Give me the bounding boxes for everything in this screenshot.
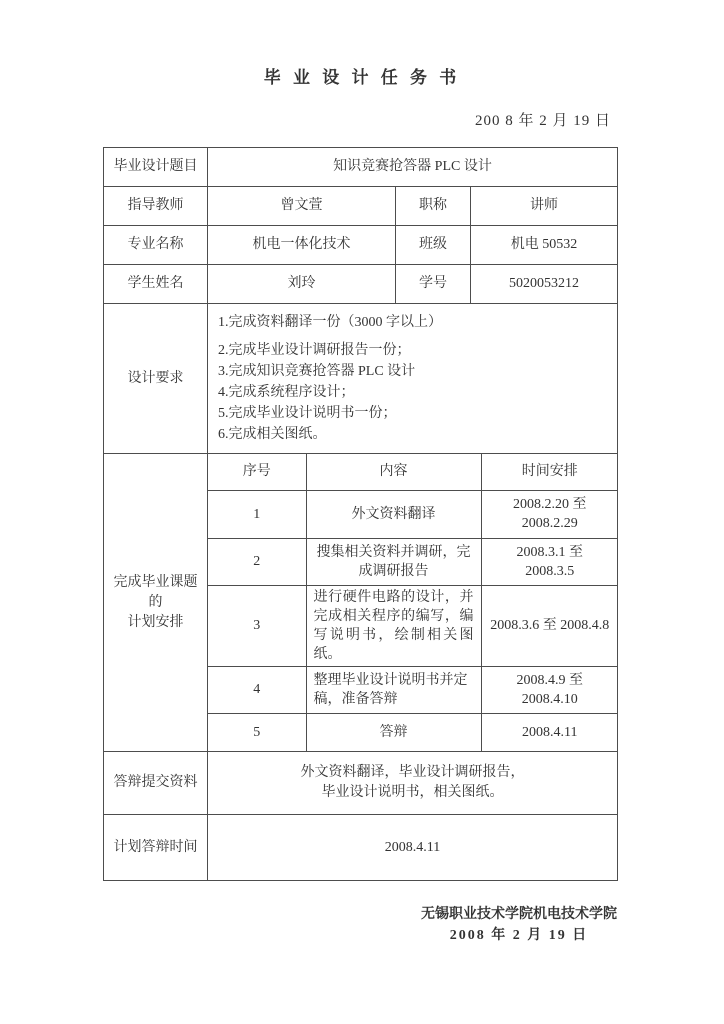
teacher-value: 曾文萱 xyxy=(208,187,396,226)
major-label: 专业名称 xyxy=(104,226,208,265)
defense-materials-value: 外文资料翻译，毕业设计调研报告， 毕业设计说明书，相关图纸。 xyxy=(208,752,618,815)
requirements-cell: 1.完成资料翻译一份（3000 字以上） 2.完成毕业设计调研报告一份； 3.完… xyxy=(208,304,618,454)
studentid-value: 5020053212 xyxy=(471,265,618,304)
schedule-time: 2008.4.9 至 2008.4.10 xyxy=(481,666,618,713)
schedule-row: 1 外文资料翻译 2008.2.20 至 2008.2.29 xyxy=(208,490,618,538)
class-label: 班级 xyxy=(396,226,471,265)
document-page: 毕 业 设 计 任 务 书 200 8 年 2 月 19 日 毕业设计题目 知识… xyxy=(0,0,724,1024)
topic-value: 知识竞赛抢答器 PLC 设计 xyxy=(208,148,618,187)
title-label: 职称 xyxy=(396,187,471,226)
student-value: 刘玲 xyxy=(208,265,396,304)
schedule-header-row: 序号 内容 时间安排 xyxy=(208,454,618,490)
defense-materials-label: 答辩提交资料 xyxy=(104,752,208,815)
schedule-label: 完成毕业课题的 计划安排 xyxy=(104,454,208,752)
schedule-row: 4 整理毕业设计说明书并定稿，准备答辩 2008.4.9 至 2008.4.10 xyxy=(208,666,618,713)
teacher-label: 指导教师 xyxy=(104,187,208,226)
schedule-cell: 序号 内容 时间安排 1 外文资料翻译 2008.2.20 至 2008.2.2… xyxy=(208,454,618,752)
schedule-table: 序号 内容 时间安排 1 外文资料翻译 2008.2.20 至 2008.2.2… xyxy=(208,454,618,751)
defense-time-value: 2008.4.11 xyxy=(208,815,618,881)
schedule-no: 3 xyxy=(208,585,306,666)
schedule-content: 外文资料翻译 xyxy=(306,490,481,538)
title-value: 讲师 xyxy=(471,187,618,226)
schedule-row: 5 答辩 2008.4.11 xyxy=(208,713,618,751)
studentid-label: 学号 xyxy=(396,265,471,304)
schedule-no: 5 xyxy=(208,713,306,751)
requirement-item: 5.完成毕业设计说明书一份； xyxy=(218,403,609,424)
schedule-content: 整理毕业设计说明书并定稿，准备答辩 xyxy=(306,666,481,713)
schedule-no: 4 xyxy=(208,666,306,713)
requirement-item: 4.完成系统程序设计； xyxy=(218,382,609,403)
footer-inner: 无锡职业技术学院机电技术学院 2008 年 2 月 19 日 xyxy=(421,904,617,946)
schedule-row: 3 进行硬件电路的设计，并完成相关程序的编写，编写说明书，绘制相关图纸。 200… xyxy=(208,585,618,666)
schedule-time: 2008.2.20 至 2008.2.29 xyxy=(481,490,618,538)
major-value: 机电一体化技术 xyxy=(208,226,396,265)
schedule-time: 2008.3.1 至 2008.3.5 xyxy=(481,538,618,585)
schedule-header-content: 内容 xyxy=(306,454,481,490)
table-row-teacher: 指导教师 曾文萱 职称 讲师 xyxy=(104,187,618,226)
table-row-student: 学生姓名 刘玲 学号 5020053212 xyxy=(104,265,618,304)
task-table: 毕业设计题目 知识竞赛抢答器 PLC 设计 指导教师 曾文萱 职称 讲师 专业名… xyxy=(103,147,618,881)
requirement-item: 1.完成资料翻译一份（3000 字以上） xyxy=(218,312,609,333)
schedule-header-time: 时间安排 xyxy=(481,454,618,490)
schedule-header-no: 序号 xyxy=(208,454,306,490)
schedule-content: 答辩 xyxy=(306,713,481,751)
topic-label: 毕业设计题目 xyxy=(104,148,208,187)
footer-institution: 无锡职业技术学院机电技术学院 xyxy=(421,904,617,925)
schedule-no: 2 xyxy=(208,538,306,585)
table-row-defense-materials: 答辩提交资料 外文资料翻译，毕业设计调研报告， 毕业设计说明书，相关图纸。 xyxy=(104,752,618,815)
schedule-time: 2008.3.6 至 2008.4.8 xyxy=(481,585,618,666)
requirement-item: 3.完成知识竞赛抢答器 PLC 设计 xyxy=(218,361,609,382)
table-row-schedule: 完成毕业课题的 计划安排 序号 内容 时间安排 xyxy=(104,454,618,752)
table-row-requirements: 设计要求 1.完成资料翻译一份（3000 字以上） 2.完成毕业设计调研报告一份… xyxy=(104,304,618,454)
doc-date: 200 8 年 2 月 19 日 xyxy=(0,109,724,130)
class-value: 机电 50532 xyxy=(471,226,618,265)
schedule-content: 搜集相关资料并调研，完成调研报告 xyxy=(306,538,481,585)
requirements-label: 设计要求 xyxy=(104,304,208,454)
page-title: 毕 业 设 计 任 务 书 xyxy=(0,0,724,88)
footer-date: 2008 年 2 月 19 日 xyxy=(421,925,617,946)
schedule-row: 2 搜集相关资料并调研，完成调研报告 2008.3.1 至 2008.3.5 xyxy=(208,538,618,585)
requirement-item: 6.完成相关图纸。 xyxy=(218,424,609,445)
schedule-content: 进行硬件电路的设计，并完成相关程序的编写，编写说明书，绘制相关图纸。 xyxy=(306,585,481,666)
defense-time-label: 计划答辩时间 xyxy=(104,815,208,881)
schedule-time: 2008.4.11 xyxy=(481,713,618,751)
student-label: 学生姓名 xyxy=(104,265,208,304)
table-row-topic: 毕业设计题目 知识竞赛抢答器 PLC 设计 xyxy=(104,148,618,187)
footer: 无锡职业技术学院机电技术学院 2008 年 2 月 19 日 xyxy=(0,904,724,946)
schedule-no: 1 xyxy=(208,490,306,538)
requirement-item: 2.完成毕业设计调研报告一份； xyxy=(218,340,609,361)
table-row-major: 专业名称 机电一体化技术 班级 机电 50532 xyxy=(104,226,618,265)
table-row-defense-time: 计划答辩时间 2008.4.11 xyxy=(104,815,618,881)
